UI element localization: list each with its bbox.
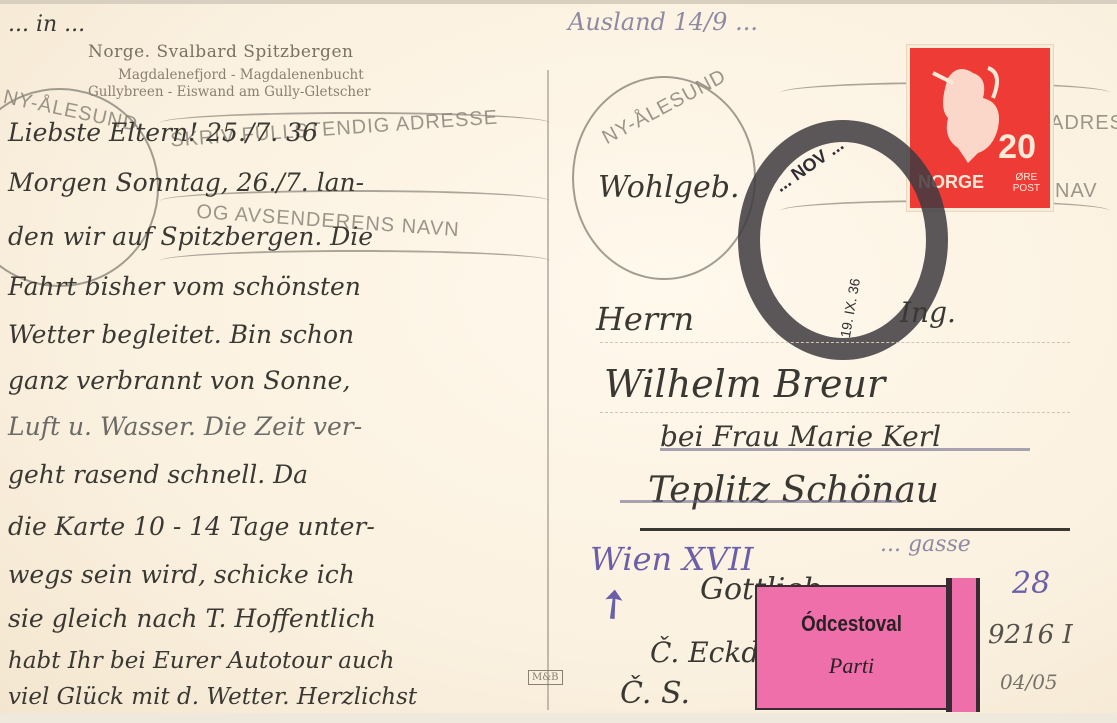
center-divider-line bbox=[547, 70, 549, 710]
message-line: habt Ihr bei Eurer Autotour auch bbox=[8, 648, 394, 674]
label-band bbox=[946, 578, 980, 712]
forward-number: 28 bbox=[1012, 566, 1050, 601]
message-line: Fahrt bisher vom schönsten bbox=[8, 272, 361, 301]
address-guide-line bbox=[600, 412, 1070, 413]
address-name: Wilhelm Breur bbox=[604, 362, 885, 406]
printed-caption-subtitle-2: Gullybreen - Eiswand am Gully-Gletscher bbox=[88, 84, 371, 100]
label-line-2: Parti bbox=[757, 653, 946, 679]
postmark-slogan-fragment: ADRES bbox=[1050, 112, 1117, 135]
address-salutation: Herrn bbox=[596, 300, 694, 338]
message-line: wegs sein wird, schicke ich bbox=[8, 560, 355, 589]
norwegian-lion-icon bbox=[928, 58, 1008, 168]
label-line-1: Ódcestoval bbox=[771, 611, 932, 637]
message-line: Liebste Eltern! 25./7. 36 bbox=[8, 118, 318, 147]
address-title: Ing. bbox=[900, 296, 956, 329]
arrow-icon: ➚ bbox=[585, 575, 641, 633]
address-strikethrough bbox=[660, 448, 1030, 451]
card-bottom-edge bbox=[0, 713, 1117, 723]
postmark-wave-line bbox=[160, 250, 550, 272]
address-greeting: Wohlgeb. bbox=[598, 170, 739, 205]
message-line: den wir auf Spitzbergen. Die bbox=[8, 222, 373, 251]
message-line: geht rasend schnell. Da bbox=[8, 460, 308, 489]
forward-street-2: ... gasse bbox=[880, 532, 971, 557]
right-date: 04/05 bbox=[1000, 670, 1058, 694]
message-line: Luft u. Wasser. Die Zeit ver- bbox=[8, 412, 362, 441]
message-line: Wetter begleitet. Bin schon bbox=[8, 320, 354, 349]
top-pencil-note: Ausland 14/9 ... bbox=[568, 8, 758, 36]
message-line: die Karte 10 - 14 Tage unter- bbox=[8, 512, 375, 541]
address-underline bbox=[640, 528, 1070, 531]
postmark-slogan-fragment: NAV bbox=[1055, 180, 1098, 203]
printed-caption-title: Norge. Svalbard Spitzbergen bbox=[88, 42, 353, 62]
address-guide-line bbox=[600, 342, 1070, 343]
message-line: Morgen Sonntag, 26./7. lan- bbox=[8, 168, 364, 197]
returned-label: Ódcestoval Parti bbox=[755, 585, 948, 710]
message-line: viel Glück mit d. Wetter. Herzlichst bbox=[8, 684, 417, 710]
stamp-value: 20 bbox=[998, 128, 1036, 167]
postcard-back: Norge. Svalbard Spitzbergen Magdalenefjo… bbox=[0, 0, 1117, 723]
address-city: Teplitz Schönau bbox=[648, 470, 939, 511]
right-code: 9216 I bbox=[988, 620, 1073, 650]
top-handwriting: ... in ... bbox=[8, 12, 85, 37]
stamp-unit: ØRE POST bbox=[1013, 172, 1040, 194]
message-line: ganz verbrannt von Sonne, bbox=[8, 366, 350, 395]
address-strikethrough bbox=[620, 500, 900, 503]
publisher-mark: M&B bbox=[528, 670, 563, 685]
message-line: sie gleich nach T. Hoffentlich bbox=[8, 604, 376, 633]
printed-caption-subtitle-1: Magdalenefjord - Magdalenenbucht bbox=[118, 67, 364, 83]
lower-line-2: Č. S. bbox=[620, 676, 690, 711]
card-top-edge bbox=[0, 0, 1117, 4]
